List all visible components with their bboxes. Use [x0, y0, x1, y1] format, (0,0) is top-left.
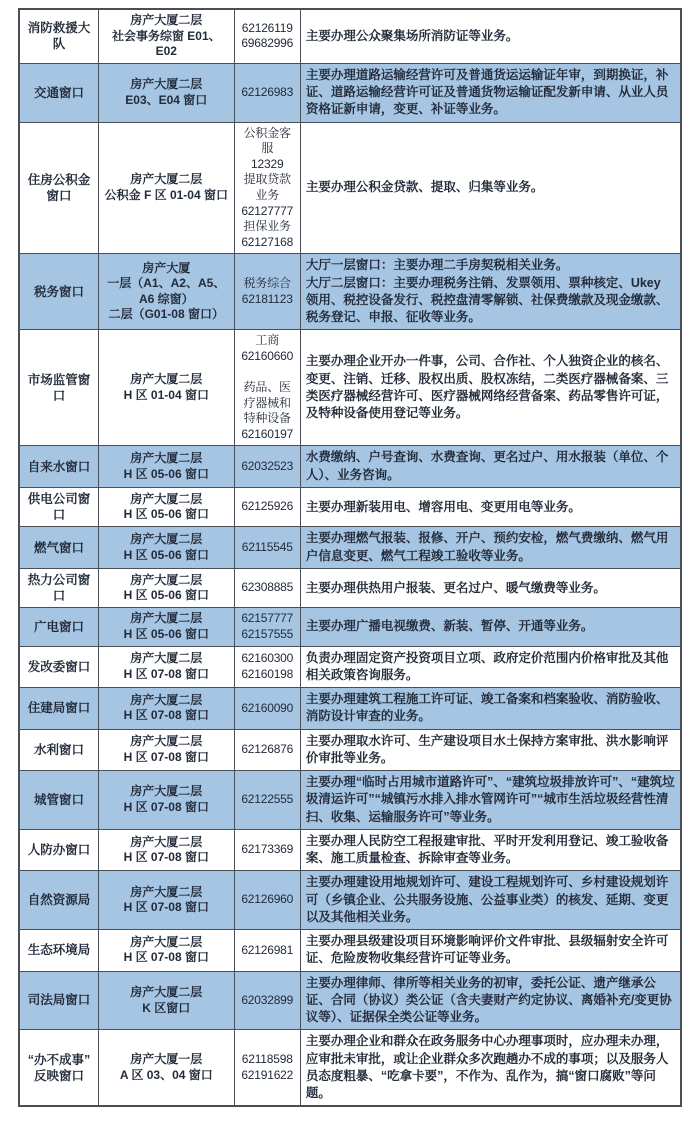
- window-phone-cell: 税务综合 62181123: [234, 254, 300, 330]
- window-location-cell: 房产大厦二层 H 区 05-06 窗口: [98, 527, 234, 569]
- table-row: 生态环境局 房产大厦二层 H 区 07-08 窗口 62126981 主要办理县…: [19, 930, 681, 972]
- window-name-cell: 发改委窗口: [19, 646, 98, 688]
- table-row: 城管窗口 房产大厦二层 H 区 07-08 窗口 62122555 主要办理“临…: [19, 771, 681, 830]
- window-phone-cell: 62032899: [234, 971, 300, 1030]
- directory-table-body: 消防救援大队 房产大厦二层 社会事务综窗 E01、E02 62126119 69…: [19, 9, 681, 1106]
- window-location-cell: 房产大厦二层 H 区 07-08 窗口: [98, 930, 234, 972]
- table-row: 自来水窗口 房产大厦二层 H 区 05-06 窗口 62032523 水费缴纳、…: [19, 446, 681, 488]
- window-name-cell: 城管窗口: [19, 771, 98, 830]
- window-location-cell: 房产大厦二层 H 区 07-08 窗口: [98, 646, 234, 688]
- window-services-cell: 主要办理道路运输经营许可及普通货运运输证年审，到期换证，补证、道路运输经营许可证…: [300, 63, 681, 122]
- window-location-cell: 房产大厦二层 H 区 07-08 窗口: [98, 871, 234, 930]
- page: 消防救援大队 房产大厦二层 社会事务综窗 E01、E02 62126119 69…: [0, 0, 700, 1121]
- table-row: 住建局窗口 房产大厦二层 H 区 07-08 窗口 62160090 主要办理建…: [19, 688, 681, 730]
- table-row: 税务窗口 房产大厦 一层（A1、A2、A5、A6 综窗） 二层（G01-08 窗…: [19, 254, 681, 330]
- table-row: 人防办窗口 房产大厦二层 H 区 07-08 窗口 62173369 主要办理人…: [19, 829, 681, 871]
- window-name-cell: 交通窗口: [19, 63, 98, 122]
- window-location-cell: 房产大厦二层 E03、E04 窗口: [98, 63, 234, 122]
- table-row: 热力公司窗口 房产大厦二层 H 区 05-06 窗口 62308885 主要办理…: [19, 568, 681, 608]
- table-row: 交通窗口 房产大厦二层 E03、E04 窗口 62126983 主要办理道路运输…: [19, 63, 681, 122]
- window-phone-cell: 62122555: [234, 771, 300, 830]
- window-name-cell: 水利窗口: [19, 729, 98, 771]
- window-services-cell: 主要办理公众聚集场所消防证等业务。: [300, 9, 681, 63]
- window-location-cell: 房产大厦二层 H 区 07-08 窗口: [98, 771, 234, 830]
- window-phone-cell: 62173369: [234, 829, 300, 871]
- window-phone-cell: 62118598 62191622: [234, 1030, 300, 1107]
- table-row: 发改委窗口 房产大厦二层 H 区 07-08 窗口 62160300 62160…: [19, 646, 681, 688]
- window-services-cell: 主要办理广播电视缴费、新装、暂停、开通等业务。: [300, 608, 681, 646]
- window-name-cell: 广电窗口: [19, 608, 98, 646]
- window-phone-cell: 62032523: [234, 446, 300, 488]
- window-location-cell: 房产大厦二层 社会事务综窗 E01、E02: [98, 9, 234, 63]
- table-row: 水利窗口 房产大厦二层 H 区 07-08 窗口 62126876 主要办理取水…: [19, 729, 681, 771]
- window-location-cell: 房产大厦二层 H 区 01-04 窗口: [98, 330, 234, 446]
- table-row: 住房公积金 窗口 房产大厦二层 公积金 F 区 01-04 窗口 公积金客服 1…: [19, 122, 681, 254]
- window-name-cell: 自然资源局: [19, 871, 98, 930]
- service-directory-table: 消防救援大队 房产大厦二层 社会事务综窗 E01、E02 62126119 69…: [18, 8, 682, 1107]
- window-name-cell: 司法局窗口: [19, 971, 98, 1030]
- window-services-cell: 主要办理“临时占用城市道路许可”、“建筑垃圾排放许可”、“建筑垃圾清运许可”“城…: [300, 771, 681, 830]
- window-name-cell: 燃气窗口: [19, 527, 98, 569]
- table-row: 燃气窗口 房产大厦二层 H 区 05-06 窗口 62115545 主要办理燃气…: [19, 527, 681, 569]
- window-phone-cell: 62160090: [234, 688, 300, 730]
- window-phone-cell: 工商 62160660 药品、医疗器械和特种设备 62160197: [234, 330, 300, 446]
- window-phone-cell: 62160300 62160198: [234, 646, 300, 688]
- window-phone-cell: 62126876: [234, 729, 300, 771]
- table-row: 消防救援大队 房产大厦二层 社会事务综窗 E01、E02 62126119 69…: [19, 9, 681, 63]
- table-row: 广电窗口 房产大厦二层 H 区 05-06 窗口 62157777 621575…: [19, 608, 681, 646]
- window-services-cell: 主要办理供热用户报装、更名过户、暖气缴费等业务。: [300, 568, 681, 608]
- window-phone-cell: 62126960: [234, 871, 300, 930]
- window-location-cell: 房产大厦二层 H 区 07-08 窗口: [98, 729, 234, 771]
- window-name-cell: 自来水窗口: [19, 446, 98, 488]
- window-location-cell: 房产大厦一层 A 区 03、04 窗口: [98, 1030, 234, 1107]
- window-location-cell: 房产大厦二层 K 区窗口: [98, 971, 234, 1030]
- window-services-cell: 主要办理律师、律所等相关业务的初审，委托公证、遗产继承公证、合同（协议）类公证（…: [300, 971, 681, 1030]
- window-services-cell: 主要办理企业开办一件事，公司、合作社、个人独资企业的核名、变更、注销、迁移、股权…: [300, 330, 681, 446]
- window-name-cell: 税务窗口: [19, 254, 98, 330]
- window-name-cell: 住房公积金 窗口: [19, 122, 98, 254]
- window-services-cell: 水费缴纳、户号查询、水费查询、更名过户、用水报装（单位、个人）、业务咨询。: [300, 446, 681, 488]
- window-phone-cell: 62308885: [234, 568, 300, 608]
- table-row: 自然资源局 房产大厦二层 H 区 07-08 窗口 62126960 主要办理建…: [19, 871, 681, 930]
- window-phone-cell: 62126981: [234, 930, 300, 972]
- window-services-cell: 主要办理县级建设项目环境影响评价文件审批、县级辐射安全许可证、危险废物收集经营许…: [300, 930, 681, 972]
- window-name-cell: “办不成事” 反映窗口: [19, 1030, 98, 1107]
- window-phone-cell: 62126983: [234, 63, 300, 122]
- table-row: “办不成事” 反映窗口 房产大厦一层 A 区 03、04 窗口 62118598…: [19, 1030, 681, 1107]
- window-services-cell: 主要办理企业和群众在政务服务中心办理事项时，应办理未办理，应审批未审批，或让企业…: [300, 1030, 681, 1107]
- window-location-cell: 房产大厦二层 H 区 05-06 窗口: [98, 487, 234, 527]
- table-row: 司法局窗口 房产大厦二层 K 区窗口 62032899 主要办理律师、律所等相关…: [19, 971, 681, 1030]
- window-location-cell: 房产大厦 一层（A1、A2、A5、A6 综窗） 二层（G01-08 窗口）: [98, 254, 234, 330]
- window-phone-cell: 公积金客服 12329 提取贷款业务 62127777 担保业务 6212716…: [234, 122, 300, 254]
- window-location-cell: 房产大厦二层 H 区 07-08 窗口: [98, 829, 234, 871]
- window-services-cell: 主要办理建筑工程施工许可证、竣工备案和档案验收、消防验收、消防设计审查的业务。: [300, 688, 681, 730]
- window-location-cell: 房产大厦二层 H 区 05-06 窗口: [98, 446, 234, 488]
- window-name-cell: 市场监管窗口: [19, 330, 98, 446]
- window-name-cell: 热力公司窗口: [19, 568, 98, 608]
- window-name-cell: 人防办窗口: [19, 829, 98, 871]
- window-services-cell: 主要办理新装用电、增容用电、变更用电等业务。: [300, 487, 681, 527]
- window-phone-cell: 62115545: [234, 527, 300, 569]
- window-services-cell: 大厅一层窗口：主要办理二手房契税相关业务。 大厅二层窗口：主要办理税务注销、发票…: [300, 254, 681, 330]
- window-name-cell: 住建局窗口: [19, 688, 98, 730]
- window-services-cell: 主要办理燃气报装、报修、开户、预约安检，燃气费缴纳、燃气用户信息变更、燃气工程竣…: [300, 527, 681, 569]
- window-name-cell: 消防救援大队: [19, 9, 98, 63]
- window-location-cell: 房产大厦二层 公积金 F 区 01-04 窗口: [98, 122, 234, 254]
- window-name-cell: 生态环境局: [19, 930, 98, 972]
- window-location-cell: 房产大厦二层 H 区 05-06 窗口: [98, 568, 234, 608]
- window-services-cell: 负责办理固定资产投资项目立项、政府定价范围内价格审批及其他相关政策咨询服务。: [300, 646, 681, 688]
- table-row: 供电公司窗口 房产大厦二层 H 区 05-06 窗口 62125926 主要办理…: [19, 487, 681, 527]
- window-services-cell: 主要办理建设用地规划许可、建设工程规划许可、乡村建设规划许可（乡镇企业、公共服务…: [300, 871, 681, 930]
- window-location-cell: 房产大厦二层 H 区 05-06 窗口: [98, 608, 234, 646]
- window-phone-cell: 62126119 69682996: [234, 9, 300, 63]
- window-phone-cell: 62125926: [234, 487, 300, 527]
- window-name-cell: 供电公司窗口: [19, 487, 98, 527]
- table-row: 市场监管窗口 房产大厦二层 H 区 01-04 窗口 工商 62160660 药…: [19, 330, 681, 446]
- window-services-cell: 主要办理公积金贷款、提取、归集等业务。: [300, 122, 681, 254]
- window-services-cell: 主要办理取水许可、生产建设项目水土保持方案审批、洪水影响评价审批等业务。: [300, 729, 681, 771]
- window-location-cell: 房产大厦二层 H 区 07-08 窗口: [98, 688, 234, 730]
- window-phone-cell: 62157777 62157555: [234, 608, 300, 646]
- window-services-cell: 主要办理人民防空工程报建审批、平时开发利用登记、竣工验收备案、施工质量检查、拆除…: [300, 829, 681, 871]
